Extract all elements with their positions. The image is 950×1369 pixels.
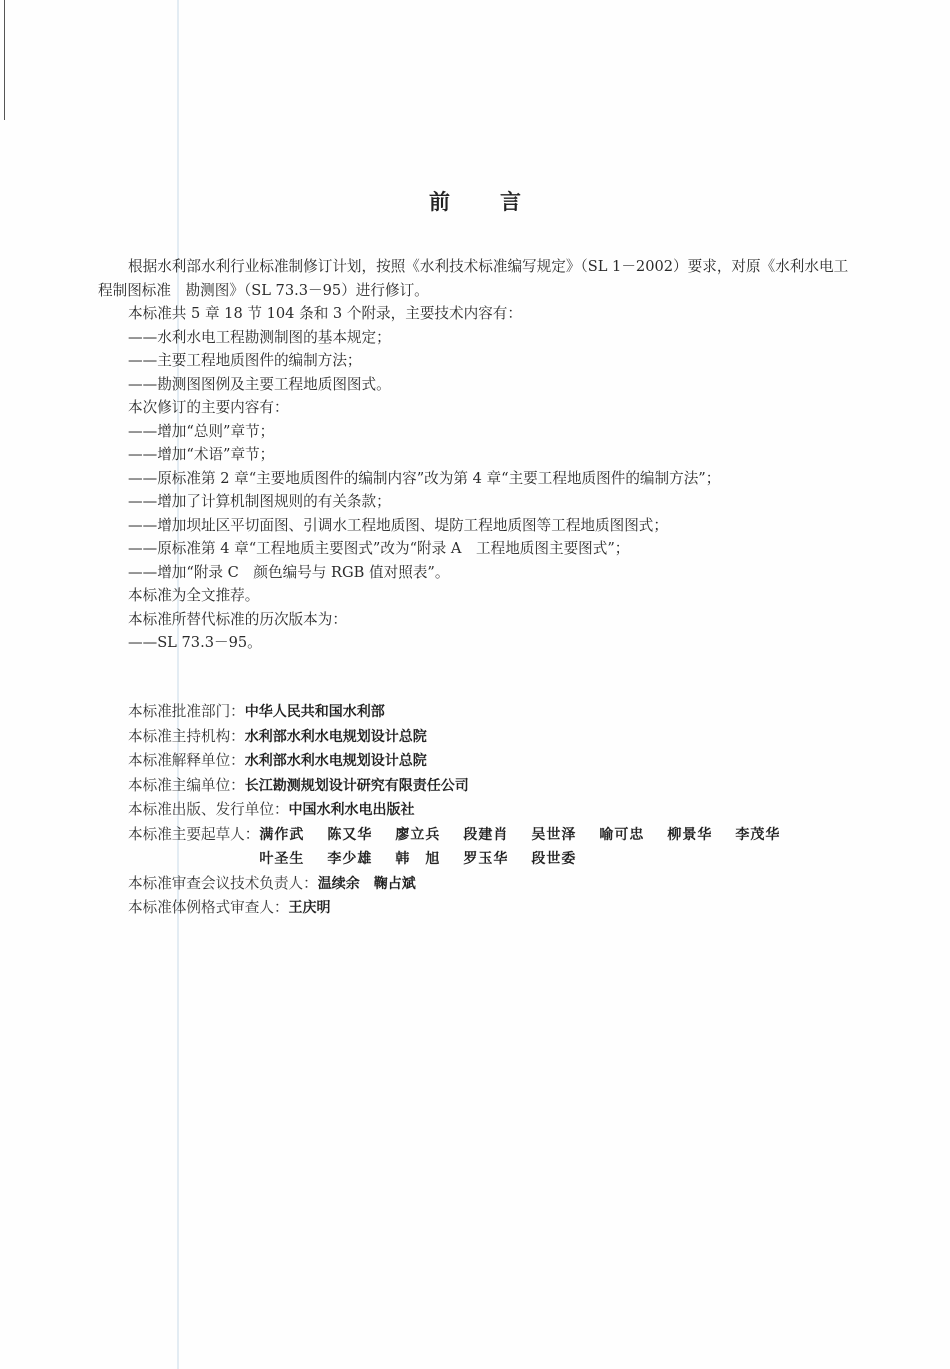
drafter-name: 柳景华 [667,823,735,848]
list-item: ——勘测图图例及主要工程地质图图式。 [98,373,858,397]
drafter-name: 陈又华 [327,823,395,848]
list-item: ——增加坝址区平切面图、引调水工程地质图、堤防工程地质图等工程地质图图式； [98,514,858,538]
list-item: ——主要工程地质图件的编制方法； [98,349,858,373]
document-page: 前言 根据水利部水利行业标准制修订计划，按照《水利技术标准编写规定》（SL 1－… [0,0,950,1369]
credit-label: 本标准主持机构： [128,725,245,750]
paragraph-history: 本标准所替代标准的历次版本为： [98,608,858,632]
credit-value: 中华人民共和国水利部 [245,700,385,725]
credit-chief-editor: 本标准主编单位： 长江勘测规划设计研究有限责任公司 [128,774,868,799]
credit-label: 本标准体例格式审查人： [128,896,289,921]
credit-label: 本标准审查会议技术负责人： [128,872,318,897]
credit-value: 长江勘测规划设计研究有限责任公司 [245,774,469,799]
credit-label: 本标准主要起草人： [128,823,259,872]
drafter-name: 喻可忠 [599,823,667,848]
credit-value: 中国水利水电出版社 [289,798,415,823]
paragraph-intro: 根据水利部水利行业标准制修订计划，按照《水利技术标准编写规定》（SL 1－200… [98,255,858,302]
scan-edge [4,0,5,120]
drafter-name: 李茂华 [735,823,803,848]
list-item: ——原标准第 2 章“主要地质图件的编制内容”改为第 4 章“主要工程地质图件的… [98,467,858,491]
page-title: 前言 [0,186,950,216]
drafter-name: 廖立兵 [395,823,463,848]
drafter-name: 李少雄 [327,847,395,872]
list-item: ——增加“总则”章节； [98,420,858,444]
drafter-names: 满作武 陈又华 廖立兵 段建肖 吴世泽 喻可忠 柳景华 李茂华 叶圣生 李少雄 … [259,823,819,872]
list-item: ——SL 73.3－95。 [98,631,858,655]
credit-approval: 本标准批准部门： 中华人民共和国水利部 [128,700,868,725]
title-char-1: 前 [429,190,450,214]
credits-block: 本标准批准部门： 中华人民共和国水利部 本标准主持机构： 水利部水利水电规划设计… [128,700,868,921]
list-item: ——原标准第 4 章“工程地质主要图式”改为“附录 A 工程地质图主要图式”； [98,537,858,561]
drafter-name: 罗玉华 [463,847,531,872]
title-char-2: 言 [500,190,521,214]
list-item: ——水利水电工程勘测制图的基本规定； [98,326,858,350]
paragraph-structure: 本标准共 5 章 18 节 104 条和 3 个附录，主要技术内容有： [98,302,858,326]
credit-drafters: 本标准主要起草人： 满作武 陈又华 廖立兵 段建肖 吴世泽 喻可忠 柳景华 李茂… [128,823,868,872]
preface-body: 根据水利部水利行业标准制修订计划，按照《水利技术标准编写规定》（SL 1－200… [98,255,858,655]
credit-value: 王庆明 [289,896,331,921]
drafter-name: 段世委 [531,847,599,872]
credit-host: 本标准主持机构： 水利部水利水电规划设计总院 [128,725,868,750]
list-item: ——增加“术语”章节； [98,443,858,467]
drafter-name: 吴世泽 [531,823,599,848]
credit-label: 本标准出版、发行单位： [128,798,289,823]
credit-value: 水利部水利水电规划设计总院 [245,749,427,774]
list-item: ——增加“附录 C 颜色编号与 RGB 值对照表”。 [98,561,858,585]
credit-label: 本标准批准部门： [128,700,245,725]
credit-label: 本标准解释单位： [128,749,245,774]
list-item: ——增加了计算机制图规则的有关条款； [98,490,858,514]
drafter-name: 叶圣生 [259,847,327,872]
paragraph-recommendation: 本标准为全文推荐。 [98,584,858,608]
paragraph-revision: 本次修订的主要内容有： [98,396,858,420]
drafter-name: 韩 旭 [395,847,463,872]
credit-review-lead: 本标准审查会议技术负责人： 温续余 鞠占斌 [128,872,868,897]
credit-format-reviewer: 本标准体例格式审查人： 王庆明 [128,896,868,921]
credit-value: 温续余 鞠占斌 [318,872,416,897]
credit-value: 水利部水利水电规划设计总院 [245,725,427,750]
drafter-name: 满作武 [259,823,327,848]
drafter-name: 段建肖 [463,823,531,848]
credit-label: 本标准主编单位： [128,774,245,799]
credit-interpretation: 本标准解释单位： 水利部水利水电规划设计总院 [128,749,868,774]
credit-publisher: 本标准出版、发行单位： 中国水利水电出版社 [128,798,868,823]
